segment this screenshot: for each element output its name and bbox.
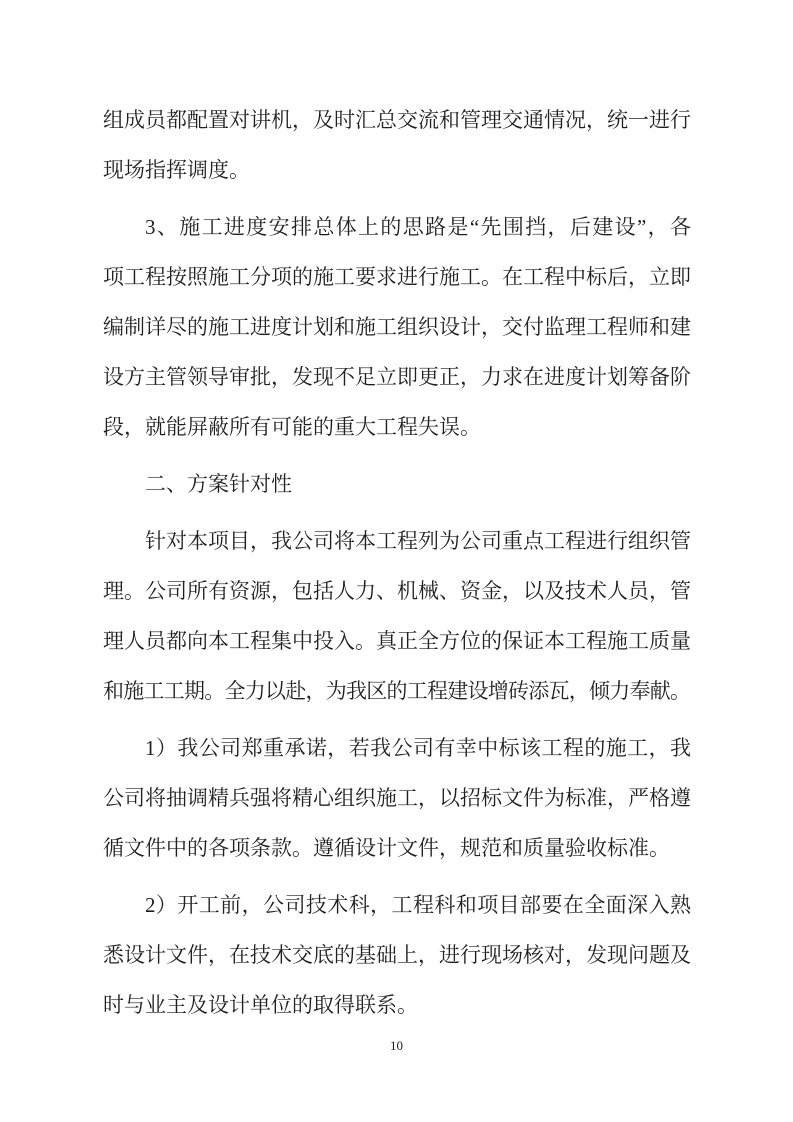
document-body: 组成员都配置对讲机，及时汇总交流和管理交通情况，统一进行现场指挥调度。3、施工进…: [103, 95, 691, 1037]
text-line: 和施工工期。全力以赴，为我区的工程建设增砖添瓦，倾力奉献。: [103, 666, 691, 716]
text-line: 悉设计文件，在技术交底的基础上，进行现场核对，发现问题及: [103, 930, 691, 980]
text-line: 理。公司所有资源，包括人力、机械、资金，以及技术人员，管: [103, 566, 691, 616]
text-line: 编制详尽的施工进度计划和施工组织设计，交付监理工程师和建: [103, 302, 691, 352]
paragraph: 1）我公司郑重承诺，若我公司有幸中标该工程的施工，我公司将抽调精兵强将精心组织施…: [103, 723, 691, 873]
text-line: 段，就能屏蔽所有可能的重大工程失误。: [103, 402, 691, 452]
paragraph: 3、施工进度安排总体上的思路是“先围挡，后建设”，各项工程按照施工分项的施工要求…: [103, 202, 691, 452]
text-line: 循文件中的各项条款。遵循设计文件，规范和质量验收标准。: [103, 823, 691, 873]
text-line: 理人员都向本工程集中投入。真正全方位的保证本工程施工质量: [103, 616, 691, 666]
text-line: 项工程按照施工分项的施工要求进行施工。在工程中标后，立即: [103, 252, 691, 302]
paragraph: 组成员都配置对讲机，及时汇总交流和管理交通情况，统一进行现场指挥调度。: [103, 95, 691, 195]
text-line: 时与业主及设计单位的取得联系。: [103, 980, 691, 1030]
paragraph: 针对本项目，我公司将本工程列为公司重点工程进行组织管理。公司所有资源，包括人力、…: [103, 516, 691, 716]
document-page: 组成员都配置对讲机，及时汇总交流和管理交通情况，统一进行现场指挥调度。3、施工进…: [0, 0, 793, 1122]
text-line: 组成员都配置对讲机，及时汇总交流和管理交通情况，统一进行: [103, 95, 691, 145]
text-line: 公司将抽调精兵强将精心组织施工，以招标文件为标准，严格遵: [103, 773, 691, 823]
text-line: 现场指挥调度。: [103, 145, 691, 195]
text-line: 二、方案针对性: [103, 459, 691, 509]
text-line: 3、施工进度安排总体上的思路是“先围挡，后建设”，各: [103, 202, 691, 252]
paragraph: 二、方案针对性: [103, 459, 691, 509]
page-number: 10: [0, 1038, 793, 1054]
text-line: 针对本项目，我公司将本工程列为公司重点工程进行组织管: [103, 516, 691, 566]
text-line: 1）我公司郑重承诺，若我公司有幸中标该工程的施工，我: [103, 723, 691, 773]
text-line: 2）开工前，公司技术科，工程科和项目部要在全面深入熟: [103, 880, 691, 930]
text-line: 设方主管领导审批，发现不足立即更正，力求在进度计划筹备阶: [103, 352, 691, 402]
paragraph: 2）开工前，公司技术科，工程科和项目部要在全面深入熟悉设计文件，在技术交底的基础…: [103, 880, 691, 1030]
